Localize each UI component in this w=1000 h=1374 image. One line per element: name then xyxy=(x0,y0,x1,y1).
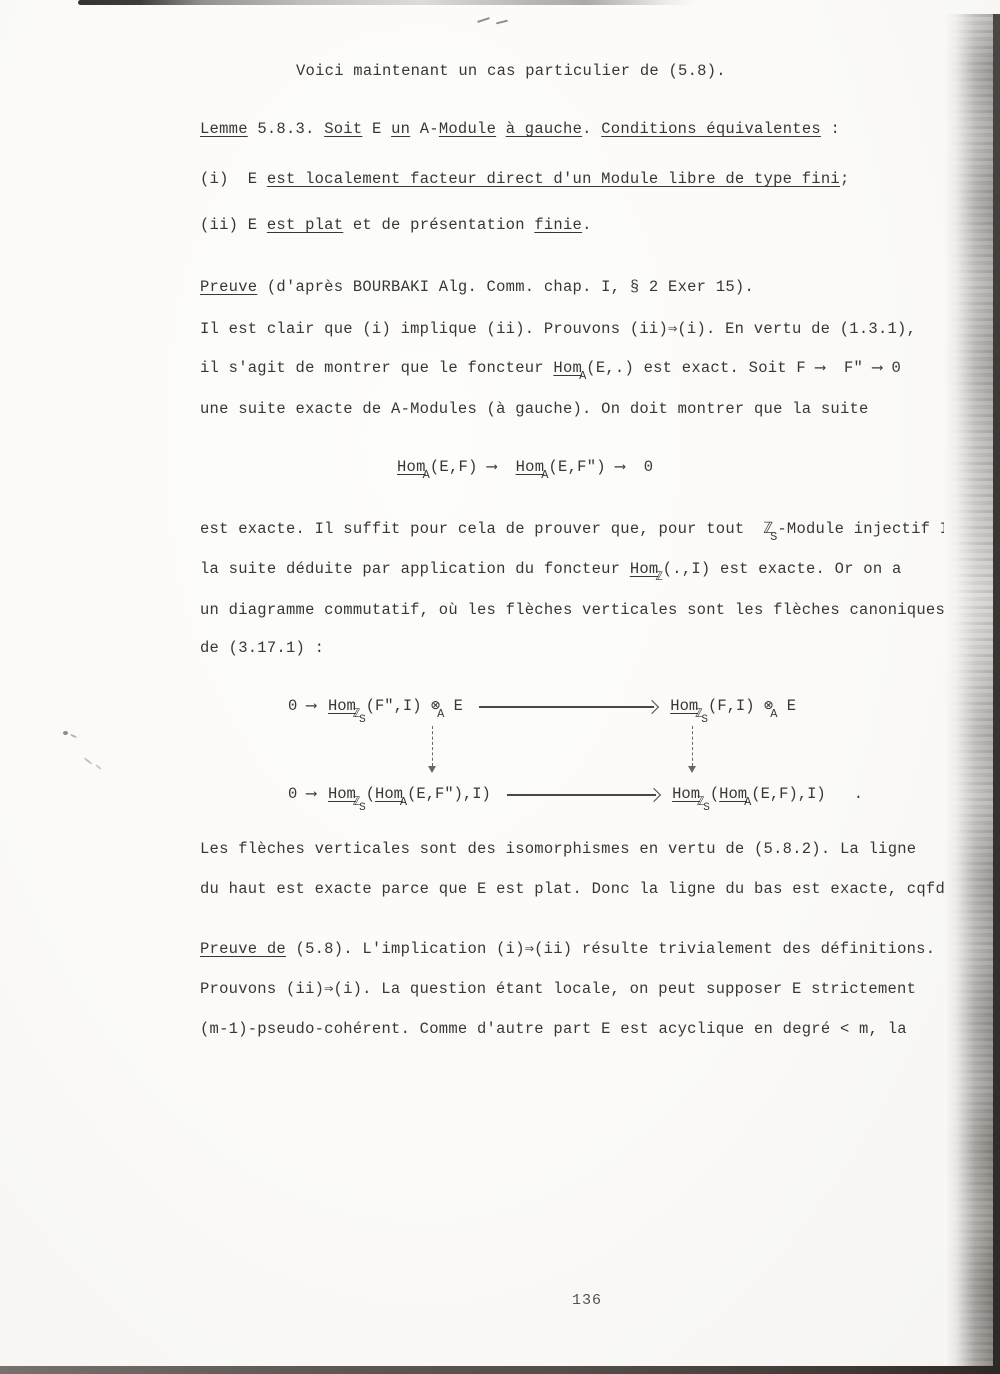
scan-band-edge xyxy=(993,14,1000,1366)
text-segment: Conditions équivalentes xyxy=(601,120,821,138)
text-segment: ⟶ xyxy=(873,359,882,377)
text-segment: E xyxy=(777,697,796,715)
pencil-mark xyxy=(83,757,92,765)
text-segment: (i). En vertu de (1.3.1), xyxy=(677,320,916,338)
right-arrow-icon xyxy=(507,794,656,796)
page-number: 136 xyxy=(572,1290,602,1312)
text-segment: ( xyxy=(710,785,719,803)
diagram-period: . xyxy=(854,785,863,803)
text-segment: ; xyxy=(840,170,850,188)
text-segment: Hom xyxy=(397,458,426,476)
diagram-row-top: 0 ⟶ HomℤS(F",I) ⊗A E HomℤS(F,I) ⊗A E xyxy=(288,696,796,726)
pencil-mark xyxy=(95,764,102,770)
text-segment: ℤ xyxy=(655,570,662,584)
proof-header: Preuve (d'après BOURBAKI Alg. Comm. chap… xyxy=(200,276,754,298)
text-segment xyxy=(496,120,506,138)
commutative-diagram: 0 ⟶ HomℤS(F",I) ⊗A E HomℤS(F,I) ⊗A E 0 ⟶… xyxy=(288,696,863,831)
text-segment: (ii) résulte trivialement des définition… xyxy=(534,940,935,958)
text-segment: Hom xyxy=(516,458,545,476)
pencil-mark xyxy=(63,731,68,735)
pencil-mark xyxy=(496,20,508,25)
text-segment: Soit xyxy=(324,120,362,138)
text-segment: ( xyxy=(366,785,375,803)
text-segment: et de présentation xyxy=(343,216,534,234)
text-segment: ⟶ xyxy=(307,697,316,715)
text-segment: 5.8.3. xyxy=(248,120,324,138)
proof-of-5-8-line: (m-1)-pseudo-cohérent. Comme d'autre par… xyxy=(200,1018,907,1040)
text-segment: 0 xyxy=(882,359,901,377)
pencil-mark xyxy=(477,17,490,23)
text-segment: à gauche xyxy=(506,120,582,138)
text-segment: (.,I) est exacte. Or on a xyxy=(663,560,902,578)
text-segment: ⇒ xyxy=(525,940,534,958)
text-segment: 0 xyxy=(288,697,307,715)
text-segment: ⟶ xyxy=(307,785,316,803)
text-segment: ⟶ xyxy=(816,359,825,377)
text-segment: Voici maintenant un cas particulier de (… xyxy=(296,62,726,80)
text-segment xyxy=(497,458,516,476)
text-segment: du haut est exacte parce que E est plat.… xyxy=(200,880,955,898)
down-arrow-icon xyxy=(432,726,433,766)
text-segment: F" xyxy=(825,359,873,377)
text-segment: (ii) E xyxy=(200,216,267,234)
lemma-statement: Lemme 5.8.3. Soit E un A-Module à gauche… xyxy=(200,118,840,140)
proof-paragraph-line: une suite exacte de A-Modules (à gauche)… xyxy=(200,398,869,420)
text-segment: ⟶ xyxy=(487,458,496,476)
text-segment: S xyxy=(703,802,710,814)
text-segment: Hom xyxy=(328,697,356,715)
text-segment: Hom xyxy=(553,359,582,377)
diagram-term: HomℤS(HomA(E,F),I) xyxy=(672,785,826,814)
text-segment: la suite déduite par application du fonc… xyxy=(200,560,630,578)
condition-ii: (ii) E est plat et de présentation finie… xyxy=(200,214,592,236)
scan-edge-artifact-top xyxy=(78,0,698,5)
proof-paragraph-line: de (3.17.1) : xyxy=(200,637,324,659)
text-segment: . xyxy=(582,120,601,138)
text-segment: ⟶ xyxy=(615,458,624,476)
scan-band-texture xyxy=(944,14,1000,1366)
text-segment: Hom xyxy=(328,785,356,803)
proof-paragraph-line: un diagramme commutatif, où les flèches … xyxy=(200,599,945,621)
text-segment: Les flèches verticales sont des isomorph… xyxy=(200,840,916,858)
text-segment: Hom xyxy=(719,785,747,803)
text-segment: E xyxy=(362,120,391,138)
scan-binding-band xyxy=(944,14,1000,1366)
diagram-term: HomℤS(F",I) ⊗A E xyxy=(328,696,463,726)
text-segment: Prouvons (ii) xyxy=(200,980,324,998)
text-segment: : xyxy=(821,120,840,138)
proof-paragraph-line: Il est clair que (i) implique (ii). Prou… xyxy=(200,318,916,340)
display-formula: HomA(E,F) ⟶ HomA(E,F") ⟶ 0 xyxy=(397,456,653,486)
text-segment: (m-1)-pseudo-cohérent. Comme d'autre par… xyxy=(200,1020,907,1038)
text-segment: (i). La question étant locale, on peut s… xyxy=(334,980,917,998)
text-segment: un xyxy=(391,120,410,138)
proof-paragraph-line: est exacte. Il suffit pour cela de prouv… xyxy=(200,518,959,548)
proof-paragraph-line: Les flèches verticales sont des isomorph… xyxy=(200,838,916,860)
text-segment: Hom xyxy=(670,697,698,715)
text-segment: A- xyxy=(410,120,439,138)
diagram-zero-arrow: 0 ⟶ xyxy=(288,696,316,715)
text-segment: 0 xyxy=(625,458,654,476)
text-segment: Lemme xyxy=(200,120,248,138)
scan-edge-artifact-bottom xyxy=(0,1366,1000,1374)
text-segment: de (3.17.1) : xyxy=(200,639,324,657)
proof-paragraph-line: il s'agit de montrer que le foncteur Hom… xyxy=(200,357,901,387)
down-arrow-icon xyxy=(692,726,693,766)
text-segment: (E,F") xyxy=(548,458,615,476)
text-segment: -Module injectif I, xyxy=(777,520,958,538)
text-segment: 0 xyxy=(288,785,307,803)
text-segment: Preuve xyxy=(200,278,257,296)
text-segment: ⇒ xyxy=(324,980,333,998)
text-segment: (E,F),I) xyxy=(751,785,825,803)
text-segment: Module xyxy=(439,120,496,138)
proof-paragraph-line: la suite déduite par application du fonc… xyxy=(200,558,902,588)
text-segment: (E,F"),I) xyxy=(407,785,491,803)
text-segment: (F,I) ⊗ xyxy=(708,697,773,715)
text-segment: (E,F) xyxy=(430,458,487,476)
text-segment: Hom xyxy=(672,785,700,803)
pencil-mark xyxy=(70,734,77,739)
text-segment: S xyxy=(359,714,366,726)
condition-i: (i) E est localement facteur direct d'un… xyxy=(200,168,850,190)
text-segment: Hom xyxy=(375,785,403,803)
text-segment: (i) E xyxy=(200,170,267,188)
text-segment: S xyxy=(359,802,366,814)
text-segment: (5.8). L'implication (i) xyxy=(286,940,525,958)
text-segment: (F",I) ⊗ xyxy=(366,697,440,715)
text-segment: il s'agit de montrer que le foncteur xyxy=(200,359,553,377)
proof-paragraph-line: du haut est exacte parce que E est plat.… xyxy=(200,878,955,900)
text-segment: E xyxy=(444,697,463,715)
text-segment: . xyxy=(582,216,592,234)
text-segment: est localement facteur direct d'un Modul… xyxy=(267,170,840,188)
proof-of-5-8-line: Prouvons (ii)⇒(i). La question étant loc… xyxy=(200,978,916,1000)
intro-sentence: Voici maintenant un cas particulier de (… xyxy=(296,60,726,82)
text-segment: un diagramme commutatif, où les flèches … xyxy=(200,601,945,619)
text-segment: S xyxy=(701,714,708,726)
diagram-zero-arrow: 0 ⟶ xyxy=(288,784,316,803)
text-segment: (d'après BOURBAKI Alg. Comm. chap. I, § … xyxy=(257,278,754,296)
text-segment: Il est clair que (i) implique (ii). Prou… xyxy=(200,320,668,338)
text-segment: (E,.) est exact. Soit F xyxy=(586,359,815,377)
text-segment: finie xyxy=(534,216,582,234)
text-segment: est plat xyxy=(267,216,343,234)
text-segment: A xyxy=(423,468,430,482)
right-arrow-icon xyxy=(479,706,654,708)
text-segment: une suite exacte de A-Modules (à gauche)… xyxy=(200,400,869,418)
diagram-term: HomℤS(HomA(E,F"),I) xyxy=(328,785,491,814)
text-segment: Preuve de xyxy=(200,940,286,958)
scanned-document-page: Voici maintenant un cas particulier de (… xyxy=(0,0,1000,1374)
diagram-term: HomℤS(F,I) ⊗A E xyxy=(670,696,796,726)
diagram-row-bottom: 0 ⟶ HomℤS(HomA(E,F"),I) HomℤS(HomA(E,F),… xyxy=(288,784,863,814)
proof-of-5-8-line: Preuve de (5.8). L'implication (i)⇒(ii) … xyxy=(200,938,935,960)
text-segment: ⇒ xyxy=(668,320,677,338)
text-segment: est exacte. Il suffit pour cela de prouv… xyxy=(200,520,764,538)
